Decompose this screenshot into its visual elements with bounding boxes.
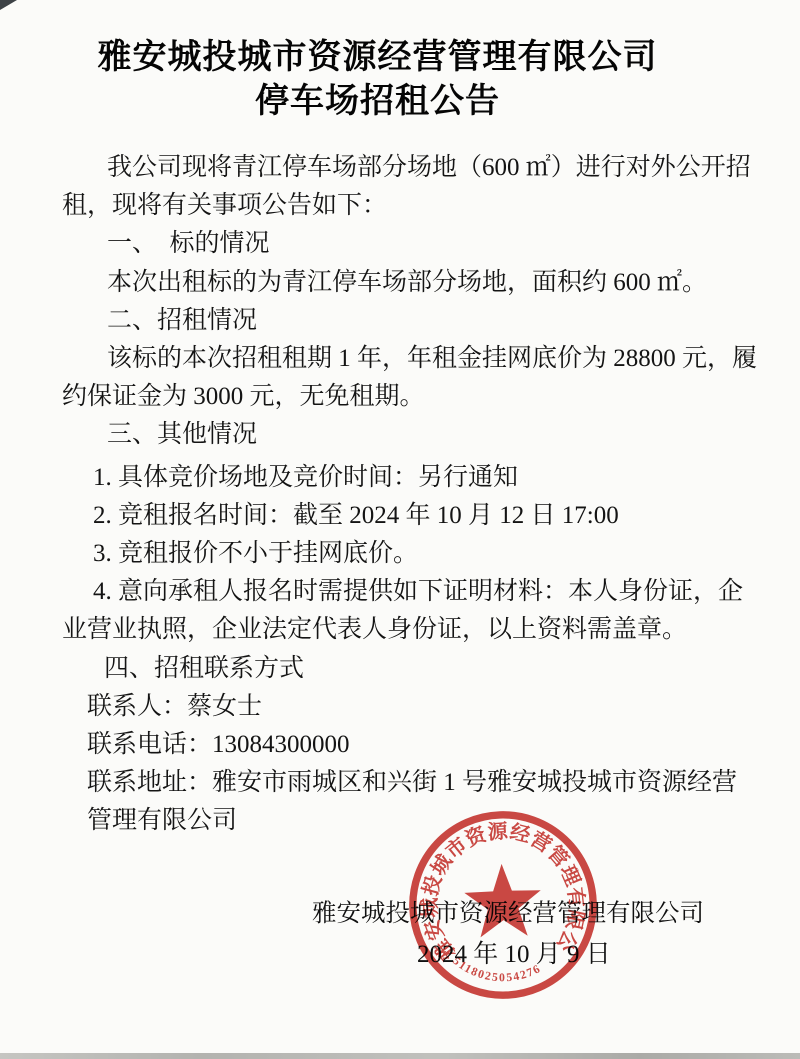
contact-phone-line: 联系电话：13084300000 (62, 726, 740, 764)
body-line-section1: 一、 标的情况 (62, 225, 740, 263)
contact-address-line-1: 联系地址：雅安市雨城区和兴街 1 号雅安城投城市资源经营 (62, 764, 740, 802)
title-line-company: 雅安城投城市资源经营管理有限公司 (0, 36, 755, 80)
body-line-section2-body-1: 该标的本次招租租期 1 年，年租金挂网底价为 28800 元，履 (62, 340, 740, 378)
body-line-section3: 三、其他情况 (62, 416, 740, 454)
document-page: 雅安城投城市资源经营管理有限公司 停车场招租公告 我公司现将青江停车场部分场地（… (0, 0, 800, 1059)
seal-number: 5118025054276 (450, 951, 544, 986)
body-line-section4: 四、招租联系方式 (62, 650, 740, 688)
contact-address-line-2: 管理有限公司 (62, 802, 740, 840)
body-line-item-4-b: 业营业执照，企业法定代表人身份证，以上资料需盖章。 (62, 611, 740, 649)
body-line-intro-1: 我公司现将青江停车场部分场地（600 ㎡）进行对外公开招 (62, 149, 740, 187)
body-line-item-4-a: 4. 意向承租人报名时需提供如下证明材料：本人身份证，企 (62, 573, 740, 611)
document-title: 雅安城投城市资源经营管理有限公司 停车场招租公告 (0, 36, 755, 124)
contact-person-line: 联系人：蔡女士 (62, 688, 740, 726)
document-body: 我公司现将青江停车场部分场地（600 ㎡）进行对外公开招 租，现将有关事项公告如… (62, 149, 740, 841)
body-line-item-1: 1. 具体竞价场地及竞价时间：另行通知 (62, 459, 740, 497)
body-line-item-2: 2. 竞租报名时间：截至 2024 年 10 月 12 日 17:00 (62, 497, 740, 535)
title-line-subject: 停车场招租公告 (0, 80, 755, 124)
seal-star-icon (463, 863, 542, 938)
official-seal: 雅安城投城市资源经营管理有限公司 5118025054276 (402, 804, 605, 1007)
body-line-section1-body: 本次出租标的为青江停车场部分场地，面积约 600 ㎡。 (62, 264, 740, 302)
scan-bottom-edge (0, 1053, 800, 1059)
body-line-item-3: 3. 竞租报价不小于挂网底价。 (62, 535, 740, 573)
body-line-section2-body-2: 约保证金为 3000 元，无免租期。 (62, 378, 740, 416)
body-line-intro-2: 租，现将有关事项公告如下： (62, 187, 740, 225)
body-line-section2: 二、招租情况 (62, 302, 740, 340)
scan-corner-artifact (0, 0, 17, 10)
